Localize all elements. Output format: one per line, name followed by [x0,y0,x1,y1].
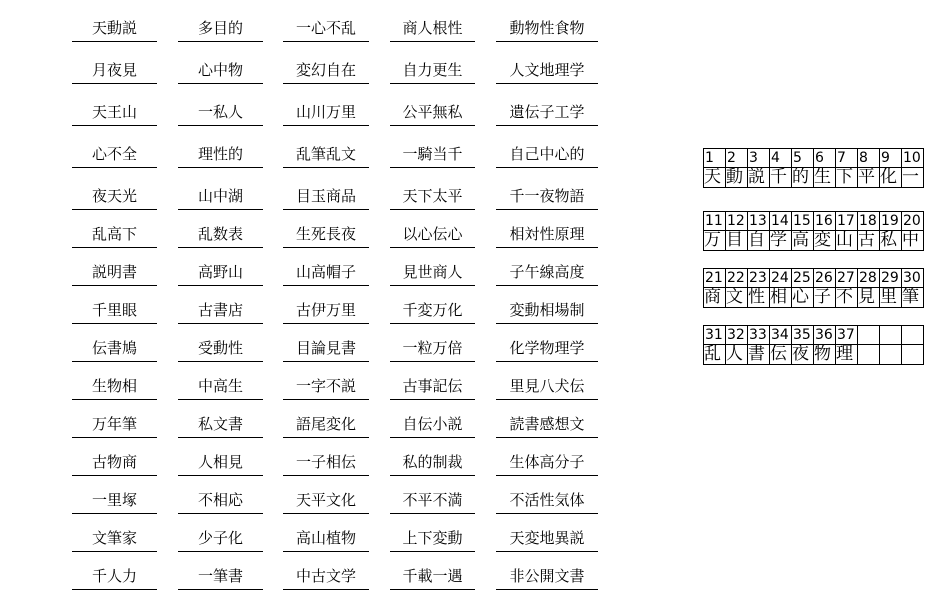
word-blank: 中高生 [178,375,263,400]
word-blank: 古書店 [178,299,263,324]
kanji-cell: 説 [748,168,770,188]
word-blank: 文筆家 [72,527,157,552]
word-blank: 不相応 [178,489,263,514]
word-blank: 高野山 [178,261,263,286]
kanji-cell: 心 [792,288,814,308]
kanji-cell: 子 [814,288,836,308]
word-blank: 高山植物 [283,527,369,552]
number-cell: 18 [858,212,880,231]
kanji-cell: 高 [792,231,814,251]
kanji-cell: 下 [836,168,858,188]
kanji-cell: 変 [814,231,836,251]
empty-cell [880,345,902,365]
empty-cell [858,326,880,345]
kanji-cell: 山 [836,231,858,251]
word-blank: 千里眼 [72,299,157,324]
number-row: 21 22 23 24 25 26 27 28 29 30 [704,269,924,288]
word-blank: 不活性気体 [496,489,598,514]
word-blank: 見世商人 [390,261,475,286]
word-blank: 一騎当千 [390,143,475,168]
word-blank: 千載一遇 [390,565,475,590]
kanji-cell: 天 [704,168,726,188]
number-cell: 33 [748,326,770,345]
word-blank: 一字不説 [283,375,369,400]
word-blank: 生物相 [72,375,157,400]
kanji-cell: 化 [880,168,902,188]
word-blank: 一私人 [178,101,263,126]
word-blank: 自己中心的 [496,143,598,168]
number-cell: 37 [836,326,858,345]
number-row: 1 2 3 4 5 6 7 8 9 10 [704,149,924,168]
word-blank: 相対性原理 [496,223,598,248]
number-cell: 29 [880,269,902,288]
empty-cell [858,345,880,365]
number-cell: 9 [880,149,902,168]
word-blank: 一子相伝 [283,451,369,476]
word-blank: 天平文化 [283,489,369,514]
word-blank: 目論見書 [283,337,369,362]
word-blank: 変動相場制 [496,299,598,324]
kanji-row: 天 動 説 千 的 生 下 平 化 一 [704,168,924,188]
word-blank: 月夜見 [72,59,157,84]
word-blank: 上下変動 [390,527,475,552]
kanji-table-2: 11 12 13 14 15 16 17 18 19 20 万 目 自 学 高 … [703,211,924,251]
number-cell: 21 [704,269,726,288]
word-blank: 里見八犬伝 [496,375,598,400]
word-blank: 少子化 [178,527,263,552]
kanji-cell: 見 [858,288,880,308]
word-blank: 山中湖 [178,185,263,210]
kanji-cell: 乱 [704,345,726,365]
kanji-cell: 平 [858,168,880,188]
word-blank: 動物性食物 [496,17,598,42]
kanji-cell: 中 [902,231,924,251]
word-blank: 山高帽子 [283,261,369,286]
word-blank: 伝書鳩 [72,337,157,362]
number-cell: 2 [726,149,748,168]
number-cell: 28 [858,269,880,288]
kanji-cell: 学 [770,231,792,251]
number-cell: 17 [836,212,858,231]
word-blank: 一心不乱 [283,17,369,42]
number-cell: 1 [704,149,726,168]
word-blank: 古物商 [72,451,157,476]
kanji-cell: 里 [880,288,902,308]
word-blank: 目玉商品 [283,185,369,210]
word-blank: 私文書 [178,413,263,438]
kanji-cell: 的 [792,168,814,188]
word-blank: 生体高分子 [496,451,598,476]
number-row: 11 12 13 14 15 16 17 18 19 20 [704,212,924,231]
word-blank: 一筆書 [178,565,263,590]
number-cell: 14 [770,212,792,231]
word-blank: 乱数表 [178,223,263,248]
word-blank: 天動説 [72,17,157,42]
number-cell: 6 [814,149,836,168]
empty-cell [902,345,924,365]
kanji-cell: 人 [726,345,748,365]
number-cell: 36 [814,326,836,345]
number-cell: 5 [792,149,814,168]
word-blank: 古事記伝 [390,375,475,400]
number-cell: 30 [902,269,924,288]
word-blank: 乱高下 [72,223,157,248]
kanji-table-1: 1 2 3 4 5 6 7 8 9 10 天 動 説 千 的 生 下 平 化 一 [703,148,924,188]
number-cell: 24 [770,269,792,288]
kanji-table-4: 31 32 33 34 35 36 37 乱 人 書 伝 夜 物 理 [703,325,924,365]
word-blank: 生死長夜 [283,223,369,248]
kanji-cell: 文 [726,288,748,308]
kanji-cell: 相 [770,288,792,308]
word-blank: 受動性 [178,337,263,362]
word-blank: 不平不満 [390,489,475,514]
word-blank: 公平無私 [390,101,475,126]
kanji-cell: 商 [704,288,726,308]
kanji-cell: 書 [748,345,770,365]
kanji-cell: 物 [814,345,836,365]
number-cell: 19 [880,212,902,231]
word-blank: 商人根性 [390,17,475,42]
number-cell: 10 [902,149,924,168]
word-blank: 山川万里 [283,101,369,126]
number-cell: 20 [902,212,924,231]
empty-cell [880,326,902,345]
kanji-cell: 夜 [792,345,814,365]
number-row: 31 32 33 34 35 36 37 [704,326,924,345]
word-blank: 夜天光 [72,185,157,210]
kanji-cell: 動 [726,168,748,188]
word-blank: 心中物 [178,59,263,84]
number-cell: 12 [726,212,748,231]
word-blank: 一里塚 [72,489,157,514]
kanji-cell: 古 [858,231,880,251]
number-cell: 23 [748,269,770,288]
number-cell: 25 [792,269,814,288]
kanji-row: 万 目 自 学 高 変 山 古 私 中 [704,231,924,251]
word-blank: 読書感想文 [496,413,598,438]
word-blank: 古伊万里 [283,299,369,324]
word-grid: 天動説多目的一心不乱商人根性動物性食物月夜見心中物変幻自在自力更生人文地理学天王… [0,0,620,604]
word-blank: 子午線高度 [496,261,598,286]
number-cell: 7 [836,149,858,168]
kanji-cell: 不 [836,288,858,308]
number-cell: 11 [704,212,726,231]
word-blank: 理性的 [178,143,263,168]
number-cell: 22 [726,269,748,288]
kanji-cell: 生 [814,168,836,188]
word-blank: 中古文学 [283,565,369,590]
word-blank: 多目的 [178,17,263,42]
number-cell: 3 [748,149,770,168]
word-blank: 自力更生 [390,59,475,84]
word-blank: 心不全 [72,143,157,168]
kanji-cell: 理 [836,345,858,365]
kanji-cell: 性 [748,288,770,308]
word-blank: 遺伝子工学 [496,101,598,126]
kanji-cell: 伝 [770,345,792,365]
number-cell: 35 [792,326,814,345]
word-blank: 説明書 [72,261,157,286]
number-cell: 16 [814,212,836,231]
kanji-cell: 私 [880,231,902,251]
kanji-cell: 一 [902,168,924,188]
word-blank: 私的制裁 [390,451,475,476]
kanji-table-3: 21 22 23 24 25 26 27 28 29 30 商 文 性 相 心 … [703,268,924,308]
word-blank: 千人力 [72,565,157,590]
number-cell: 4 [770,149,792,168]
kanji-row: 商 文 性 相 心 子 不 見 里 筆 [704,288,924,308]
word-blank: 千変万化 [390,299,475,324]
word-blank: 万年筆 [72,413,157,438]
word-blank: 人相見 [178,451,263,476]
kanji-cell: 万 [704,231,726,251]
empty-cell [902,326,924,345]
number-cell: 31 [704,326,726,345]
number-cell: 8 [858,149,880,168]
kanji-cell: 千 [770,168,792,188]
word-blank: 非公開文書 [496,565,598,590]
number-cell: 13 [748,212,770,231]
word-blank: 語尾変化 [283,413,369,438]
word-blank: 天下太平 [390,185,475,210]
word-blank: 千一夜物語 [496,185,598,210]
word-blank: 化学物理学 [496,337,598,362]
word-blank: 天変地異説 [496,527,598,552]
word-blank: 人文地理学 [496,59,598,84]
word-blank: 天王山 [72,101,157,126]
number-cell: 26 [814,269,836,288]
word-blank: 以心伝心 [390,223,475,248]
word-blank: 一粒万倍 [390,337,475,362]
number-cell: 34 [770,326,792,345]
number-cell: 27 [836,269,858,288]
word-blank: 変幻自在 [283,59,369,84]
word-blank: 乱筆乱文 [283,143,369,168]
word-blank: 自伝小説 [390,413,475,438]
number-cell: 32 [726,326,748,345]
kanji-cell: 目 [726,231,748,251]
kanji-cell: 自 [748,231,770,251]
kanji-row: 乱 人 書 伝 夜 物 理 [704,345,924,365]
kanji-cell: 筆 [902,288,924,308]
number-cell: 15 [792,212,814,231]
